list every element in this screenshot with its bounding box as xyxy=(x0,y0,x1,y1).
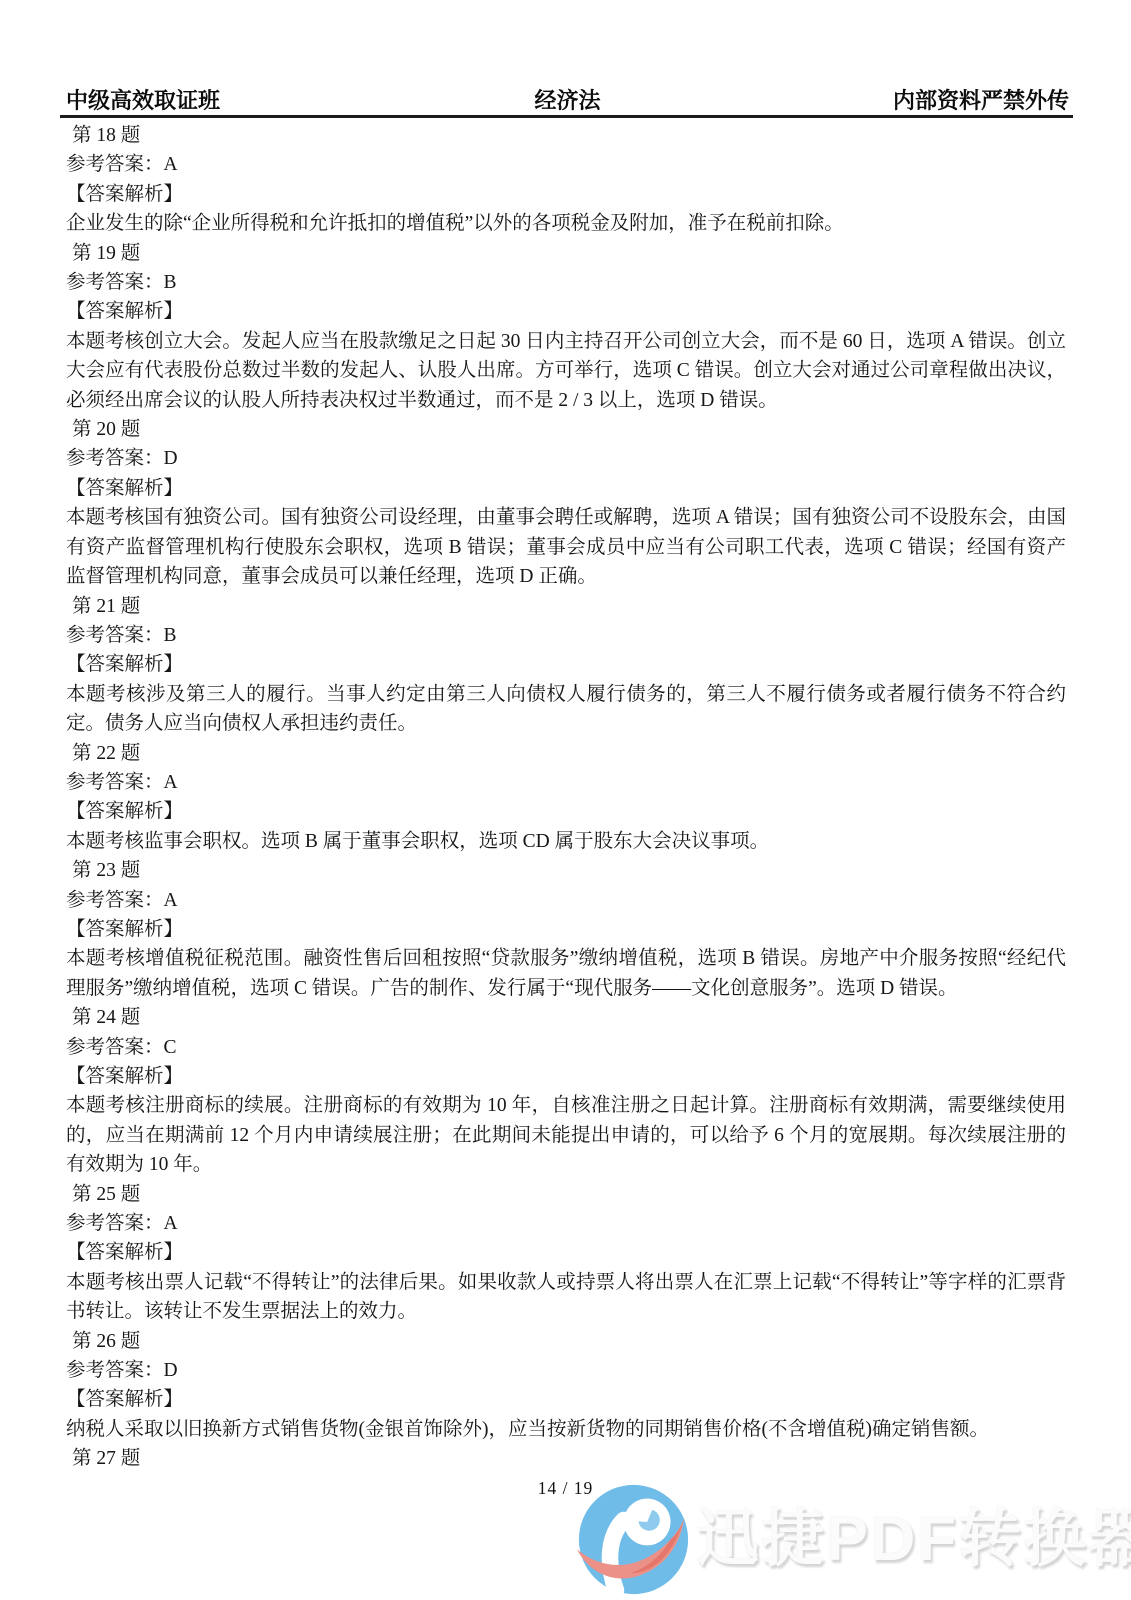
question-block-26: 第 26 题 参考答案：D 【答案解析】 纳税人采取以旧换新方式销售货物(金银首… xyxy=(66,1327,1066,1445)
question-block-20: 第 20 题 参考答案：D 【答案解析】 本题考核国有独资公司。国有独资公司设经… xyxy=(66,415,1066,591)
analysis-label: 【答案解析】 xyxy=(66,297,1066,326)
question-block-27: 第 27 题 xyxy=(66,1444,1066,1473)
question-number: 第 21 题 xyxy=(66,592,1066,621)
analysis-label: 【答案解析】 xyxy=(66,1062,1066,1091)
analysis-text: 本题考核创立大会。发起人应当在股款缴足之日起 30 日内主持召开公司创立大会，而… xyxy=(66,327,1066,415)
question-block-23: 第 23 题 参考答案：A 【答案解析】 本题考核增值税征税范围。融资性售后回租… xyxy=(66,856,1066,1003)
answer-key-content: 第 18 题 参考答案：A 【答案解析】 企业发生的除“企业所得税和允许抵扣的增… xyxy=(66,121,1066,1474)
header-divider xyxy=(60,115,1073,118)
reference-answer: 参考答案：A xyxy=(66,886,1066,915)
analysis-text: 本题考核涉及第三人的履行。当事人约定由第三人向债权人履行债务的，第三人不履行债务… xyxy=(66,680,1066,739)
question-number: 第 19 题 xyxy=(66,239,1066,268)
question-block-25: 第 25 题 参考答案：A 【答案解析】 本题考核出票人记载“不得转让”的法律后… xyxy=(66,1180,1066,1327)
question-number: 第 25 题 xyxy=(66,1180,1066,1209)
reference-answer: 参考答案：A xyxy=(66,1209,1066,1238)
reference-answer: 参考答案：D xyxy=(66,444,1066,473)
analysis-label: 【答案解析】 xyxy=(66,474,1066,503)
question-number: 第 23 题 xyxy=(66,856,1066,885)
reference-answer: 参考答案：A xyxy=(66,150,1066,179)
analysis-text: 企业发生的除“企业所得税和允许抵扣的增值税”以外的各项税金及附加，准予在税前扣除… xyxy=(66,209,1066,238)
analysis-label: 【答案解析】 xyxy=(66,1238,1066,1267)
reference-answer: 参考答案：A xyxy=(66,768,1066,797)
document-page: 中级高效取证班 经济法 内部资料严禁外传 第 18 题 参考答案：A 【答案解析… xyxy=(0,0,1131,1600)
header-subject-title: 经济法 xyxy=(400,84,734,115)
reference-answer: 参考答案：B xyxy=(66,268,1066,297)
reference-answer: 参考答案：C xyxy=(66,1033,1066,1062)
analysis-text: 本题考核增值税征税范围。融资性售后回租按照“贷款服务”缴纳增值税，选项 B 错误… xyxy=(66,944,1066,1003)
page-header: 中级高效取证班 经济法 内部资料严禁外传 xyxy=(66,84,1069,115)
analysis-text: 纳税人采取以旧换新方式销售货物(金银首饰除外)，应当按新货物的同期销售价格(不含… xyxy=(66,1415,1066,1444)
question-number: 第 26 题 xyxy=(66,1327,1066,1356)
question-block-18: 第 18 题 参考答案：A 【答案解析】 企业发生的除“企业所得税和允许抵扣的增… xyxy=(66,121,1066,239)
header-course-name: 中级高效取证班 xyxy=(66,84,400,115)
analysis-label: 【答案解析】 xyxy=(66,915,1066,944)
question-block-19: 第 19 题 参考答案：B 【答案解析】 本题考核创立大会。发起人应当在股款缴足… xyxy=(66,239,1066,415)
analysis-label: 【答案解析】 xyxy=(66,797,1066,826)
header-confidential-notice: 内部资料严禁外传 xyxy=(735,84,1069,115)
question-block-24: 第 24 题 参考答案：C 【答案解析】 本题考核注册商标的续展。注册商标的有效… xyxy=(66,1003,1066,1179)
question-number: 第 18 题 xyxy=(66,121,1066,150)
analysis-text: 本题考核出票人记载“不得转让”的法律后果。如果收款人或持票人将出票人在汇票上记载… xyxy=(66,1268,1066,1327)
question-number: 第 20 题 xyxy=(66,415,1066,444)
analysis-text: 本题考核注册商标的续展。注册商标的有效期为 10 年，自核准注册之日起计算。注册… xyxy=(66,1091,1066,1179)
question-number: 第 22 题 xyxy=(66,739,1066,768)
analysis-label: 【答案解析】 xyxy=(66,1385,1066,1414)
question-block-22: 第 22 题 参考答案：A 【答案解析】 本题考核监事会职权。选项 B 属于董事… xyxy=(66,739,1066,857)
question-number: 第 27 题 xyxy=(66,1444,1066,1473)
reference-answer: 参考答案：B xyxy=(66,621,1066,650)
reference-answer: 参考答案：D xyxy=(66,1356,1066,1385)
question-block-21: 第 21 题 参考答案：B 【答案解析】 本题考核涉及第三人的履行。当事人约定由… xyxy=(66,592,1066,739)
analysis-text: 本题考核国有独资公司。国有独资公司设经理，由董事会聘任或解聘，选项 A 错误；国… xyxy=(66,503,1066,591)
analysis-label: 【答案解析】 xyxy=(66,650,1066,679)
page-indicator: 14 / 19 xyxy=(0,1478,1131,1499)
analysis-text: 本题考核监事会职权。选项 B 属于董事会职权，选项 CD 属于股东大会决议事项。 xyxy=(66,827,1066,856)
analysis-label: 【答案解析】 xyxy=(66,180,1066,209)
question-number: 第 24 题 xyxy=(66,1003,1066,1032)
